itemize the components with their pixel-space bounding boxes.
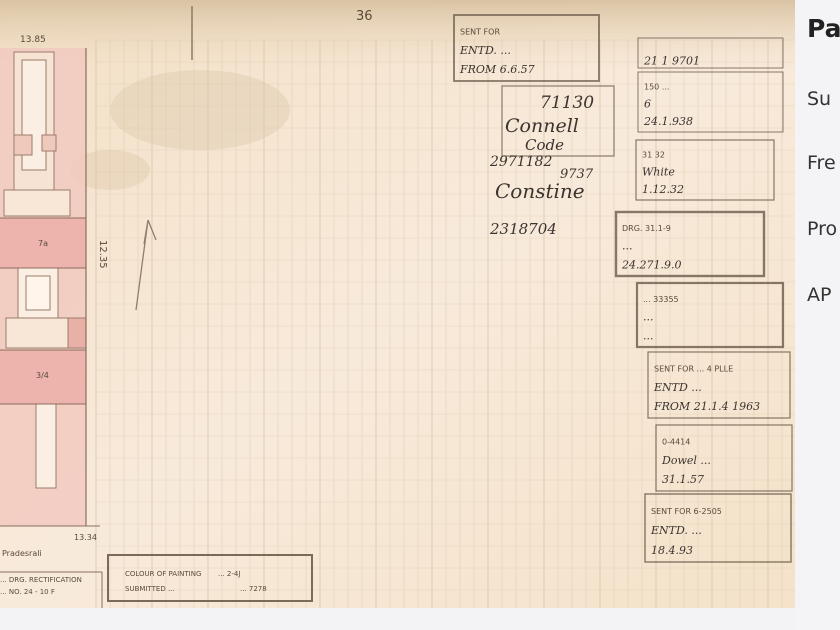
- svg-text:SENT FOR ... 4 PLLE: SENT FOR ... 4 PLLE: [654, 364, 733, 373]
- handwritten-text: Constine: [495, 179, 585, 203]
- svg-text:24.271.9.0: 24.271.9.0: [621, 258, 681, 271]
- handwritten-text: Connell: [505, 115, 579, 137]
- svg-text:ENTD. ...: ENTD. ...: [459, 44, 511, 57]
- handwritten-text: 71130: [540, 93, 594, 113]
- side-panel: Pa Su Fre Pro AP: [795, 0, 840, 630]
- svg-text:... 33355: ... 33355: [643, 295, 679, 304]
- panel-title: Pa: [807, 14, 840, 43]
- svg-text:21 1 9701: 21 1 9701: [643, 54, 700, 67]
- room-label: 7a: [38, 239, 48, 248]
- drawing-note: Pradesrali: [2, 549, 42, 558]
- svg-text:31 32: 31 32: [642, 151, 665, 160]
- svg-text:...: ...: [622, 240, 633, 253]
- svg-text:ENTD ...: ENTD ...: [653, 381, 702, 394]
- panel-item-ap[interactable]: AP: [807, 284, 831, 306]
- panel-item-fre[interactable]: Fre: [807, 152, 836, 174]
- svg-text:SENT FOR: SENT FOR: [460, 27, 500, 36]
- panel-item-pro[interactable]: Pro: [807, 218, 837, 240]
- title-block-value: ... 2-4J: [218, 570, 240, 578]
- room-label: 3/4: [36, 371, 49, 380]
- title-block-label: COLOUR OF PAINTING: [125, 570, 201, 578]
- svg-text:24.1.938: 24.1.938: [643, 115, 693, 128]
- svg-text:150 ...: 150 ...: [644, 83, 669, 92]
- title-block-label: SUBMITTED ...: [125, 585, 175, 593]
- page-number: 36: [356, 9, 373, 24]
- dimension-label: 13.34: [74, 533, 97, 542]
- svg-text:White: White: [642, 165, 675, 178]
- handwritten-text: 2318704: [489, 220, 557, 238]
- panel-item-su[interactable]: Su: [807, 88, 831, 110]
- svg-text:6: 6: [644, 97, 651, 110]
- svg-text:Dowel ...: Dowel ...: [661, 454, 711, 467]
- svg-text:ENTD. ...: ENTD. ...: [650, 524, 702, 537]
- drawing-note: ... NO. 24 - 10 F: [0, 588, 55, 596]
- dimension-label: 12.35: [97, 240, 108, 269]
- svg-text:1.12.32: 1.12.32: [642, 183, 684, 196]
- handwritten-text: 2971182: [489, 154, 552, 170]
- drawing-note: ... DRG. RECTIFICATION: [0, 576, 82, 584]
- svg-text:...: ...: [643, 311, 654, 324]
- handwritten-text: Code: [525, 136, 564, 154]
- title-block-value: ... 7278: [240, 585, 267, 593]
- svg-text:31.1.57: 31.1.57: [662, 473, 704, 486]
- svg-text:18.4.93: 18.4.93: [651, 544, 693, 557]
- document-scan-image: 13.85 7a 3/4 12.35 13.34 Pradesrali ... …: [0, 0, 795, 608]
- svg-text:FROM 21.1.4 1963: FROM 21.1.4 1963: [653, 400, 760, 413]
- dimension-label: 13.85: [20, 35, 46, 45]
- scanned-drawing: 13.85 7a 3/4 12.35 13.34 Pradesrali ... …: [0, 0, 795, 608]
- svg-text:0-4414: 0-4414: [662, 437, 690, 446]
- svg-text:SENT FOR 6-2505: SENT FOR 6-2505: [651, 507, 722, 516]
- svg-text:FROM 6.6.57: FROM 6.6.57: [459, 63, 535, 76]
- svg-text:...: ...: [643, 329, 654, 342]
- page-background: [0, 608, 795, 630]
- svg-text:DRG. 31.1-9: DRG. 31.1-9: [622, 224, 671, 233]
